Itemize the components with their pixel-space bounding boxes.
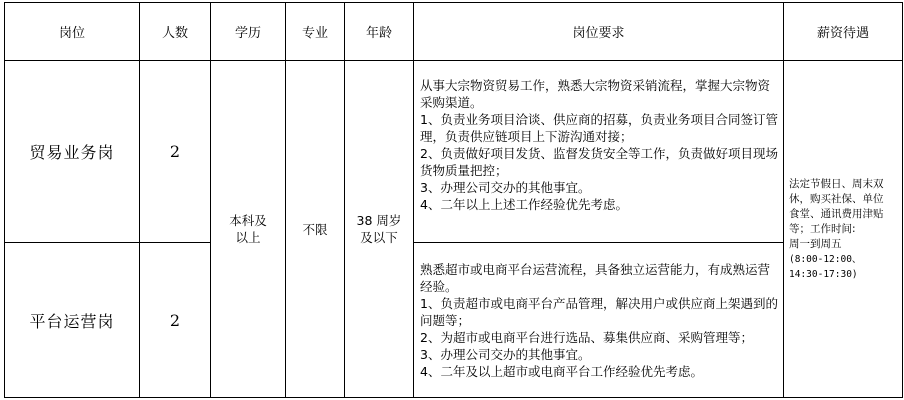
header-row: 岗位 人数 学历 专业 年龄 岗位要求 薪资待遇 [5, 3, 903, 61]
major-cell: 不限 [286, 61, 345, 398]
education-cell: 本科及 以上 [211, 61, 286, 398]
header-requirements: 岗位要求 [414, 3, 784, 61]
table-row: 平台运营岗 2 熟悉超市或电商平台运营流程，具备独立运营能力，有成熟运营经验。 … [5, 243, 903, 398]
header-count: 人数 [140, 3, 211, 61]
count-cell: 2 [140, 61, 211, 243]
header-education: 学历 [211, 3, 286, 61]
requirements-cell: 从事大宗物资贸易工作，熟悉大宗物资采销流程，掌握大宗物资采购渠道。 1、负责业务… [414, 61, 784, 243]
header-age: 年龄 [345, 3, 414, 61]
position-cell: 贸易业务岗 [5, 61, 140, 243]
age-cell: 38 周岁 及以下 [345, 61, 414, 398]
requirements-cell: 熟悉超市或电商平台运营流程，具备独立运营能力，有成熟运营经验。 1、负责超市或电… [414, 243, 784, 398]
header-benefits: 薪资待遇 [784, 3, 903, 61]
table-row: 贸易业务岗 2 本科及 以上 不限 38 周岁 及以下 从事大宗物资贸易工作，熟… [5, 61, 903, 243]
position-cell: 平台运营岗 [5, 243, 140, 398]
header-major: 专业 [286, 3, 345, 61]
benefits-cell: 法定节假日、周末双 休，购买社保、单位 食堂、通讯费用津贴 等；工作时间: 周一… [784, 61, 903, 398]
count-cell: 2 [140, 243, 211, 398]
header-position: 岗位 [5, 3, 140, 61]
job-table: 岗位 人数 学历 专业 年龄 岗位要求 薪资待遇 贸易业务岗 2 本科及 以上 … [4, 2, 903, 398]
